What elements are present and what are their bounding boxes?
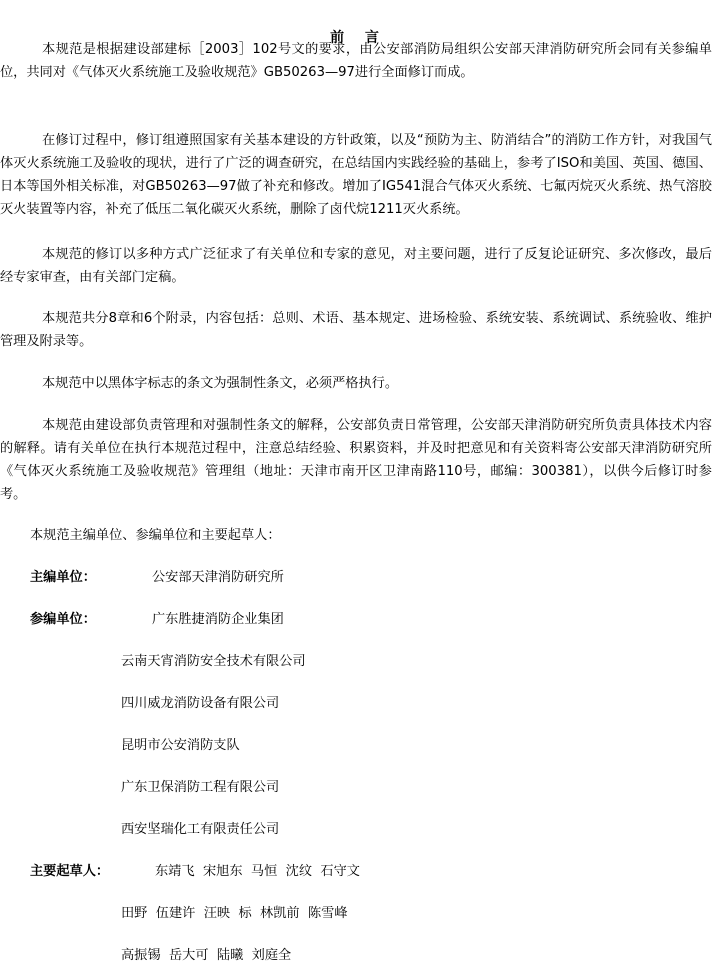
paragraph-mandatory: 本规范中以黑体字标志的条文为强制性条文，必须严格执行。 <box>0 372 712 395</box>
participating-unit: 西安坚瑞化工有限责任公司 <box>121 820 279 840</box>
paragraph-consultation: 本规范的修订以多种方式广泛征求了有关单位和专家的意见，对主要问题，进行了反复论证… <box>0 243 712 289</box>
drafters-line: 田野 伍建许 汪映 标 林凯前 陈雪峰 <box>121 904 348 924</box>
participating-units-label: 参编单位： <box>30 610 96 630</box>
paragraph-basis: 本规范是根据建设部建标［2003］102号文的要求，由公安部消防局组织公安部天津… <box>0 38 712 84</box>
participating-unit: 四川威龙消防设备有限公司 <box>121 694 279 714</box>
paragraph-management: 本规范由建设部负责管理和对强制性条文的解释，公安部负责日常管理，公安部天津消防研… <box>0 414 712 506</box>
participating-unit: 广东胜捷消防企业集团 <box>152 610 284 630</box>
paragraph-contents: 本规范共分8章和6个附录，内容包括：总则、术语、基本规定、进场检验、系统安装、系… <box>0 307 712 353</box>
drafters-line: 高振锡 岳大可 陆曦 刘庭全 <box>121 946 291 964</box>
participating-unit: 云南天宵消防安全技术有限公司 <box>121 652 306 672</box>
drafters-line: 东靖飞 宋旭东 马恒 沈纹 石守文 <box>155 862 360 882</box>
participating-unit: 昆明市公安消防支队 <box>121 736 240 756</box>
chief-unit-value: 公安部天津消防研究所 <box>152 568 284 588</box>
drafters-label: 主要起草人： <box>30 862 109 882</box>
participating-unit: 广东卫保消防工程有限公司 <box>121 778 279 798</box>
chief-unit-label: 主编单位： <box>30 568 96 588</box>
credits-intro: 本规范主编单位、参编单位和主要起草人： <box>30 526 281 546</box>
paragraph-revision-process: 在修订过程中，修订组遵照国家有关基本建设的方针政策，以及“预防为主、防消结合”的… <box>0 129 712 221</box>
